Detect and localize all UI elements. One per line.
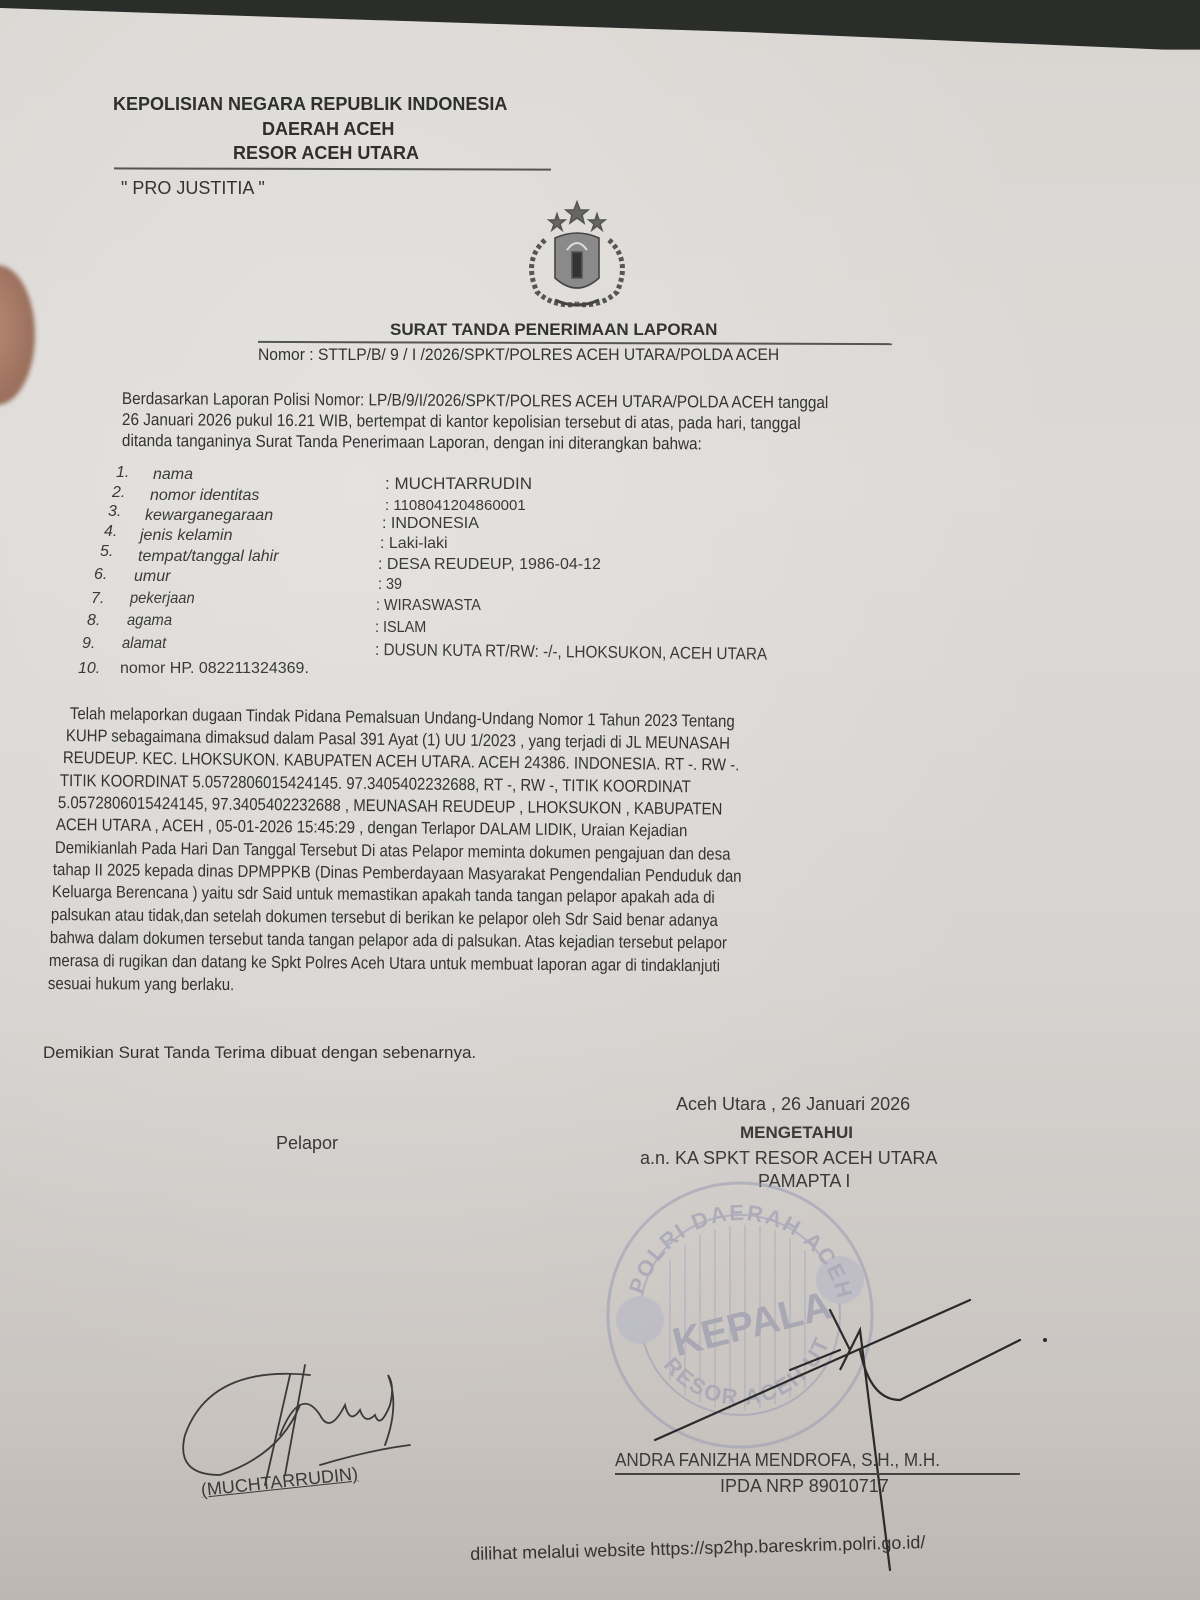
identity-value: : MUCHTARRUDIN xyxy=(385,474,532,494)
identity-value: : INDONESIA xyxy=(382,515,479,533)
identity-label: tempat/tanggal lahir xyxy=(138,548,279,566)
identity-number: 6. xyxy=(94,566,107,584)
identity-label: nomor HP. 082211324369. xyxy=(120,660,309,678)
intro-line: ditanda tanganinya Surat Tanda Penerimaa… xyxy=(122,431,702,454)
identity-number: 8. xyxy=(87,612,100,630)
identity-number: 2. xyxy=(112,484,125,502)
identity-number: 5. xyxy=(100,543,113,561)
report-line: sesuai hukum yang berlaku. xyxy=(48,974,234,995)
identity-value: : Laki-laki xyxy=(380,535,448,553)
officer-name: ANDRA FANIZHA MENDROFA, S.H., M.H. xyxy=(615,1450,940,1471)
identity-label: nama xyxy=(153,466,193,484)
identity-value: : 1108041204860001 xyxy=(385,497,526,514)
officer-name-underline xyxy=(615,1473,1020,1475)
identity-label: alamat xyxy=(122,635,166,653)
identity-number: 9. xyxy=(82,635,95,653)
document-number: Nomor : STTLP/B/ 9 / I /2026/SPKT/POLRES… xyxy=(258,345,779,365)
identity-value: : 39 xyxy=(378,576,402,594)
intro-line: Berdasarkan Laporan Polisi Nomor: LP/B/9… xyxy=(122,389,828,413)
identity-number: 1. xyxy=(116,464,129,482)
identity-number: 7. xyxy=(91,590,104,608)
identity-label: agama xyxy=(127,612,172,630)
identity-number: 4. xyxy=(104,523,117,541)
identity-label: umur xyxy=(134,568,170,586)
identity-value: : DESA REUDEUP, 1986-04-12 xyxy=(378,556,601,574)
identity-number: 10. xyxy=(78,660,100,678)
identity-value: : ISLAM xyxy=(375,619,426,637)
polri-emblem-icon xyxy=(515,200,640,315)
place-date: Aceh Utara , 26 Januari 2026 xyxy=(676,1094,910,1115)
an-ka-spkt: a.n. KA SPKT RESOR ACEH UTARA xyxy=(640,1148,937,1169)
header-line-3: RESOR ACEH UTARA xyxy=(233,143,419,164)
header-line-2: DAERAH ACEH xyxy=(262,119,394,140)
pelapor-label: Pelapor xyxy=(276,1133,338,1154)
identity-label: pekerjaan xyxy=(130,590,195,608)
identity-value: : WIRASWASTA xyxy=(376,597,481,615)
pro-justitia: " PRO JUSTITIA " xyxy=(121,178,265,199)
identity-label: kewarganegaraan xyxy=(145,507,273,525)
identity-number: 3. xyxy=(108,503,121,521)
intro-line: 26 Januari 2026 pukul 16.21 WIB, bertemp… xyxy=(122,410,801,434)
closing-statement: Demikian Surat Tanda Terima dibuat denga… xyxy=(43,1043,476,1063)
header-line-1: KEPOLISIAN NEGARA REPUBLIK INDONESIA xyxy=(113,94,507,115)
identity-label: nomor identitas xyxy=(150,487,259,505)
identity-label: jenis kelamin xyxy=(140,527,232,545)
mengetahui: MENGETAHUI xyxy=(740,1123,853,1143)
officer-nrp: IPDA NRP 89010717 xyxy=(720,1476,889,1497)
document-title: SURAT TANDA PENERIMAAN LAPORAN xyxy=(390,320,717,340)
